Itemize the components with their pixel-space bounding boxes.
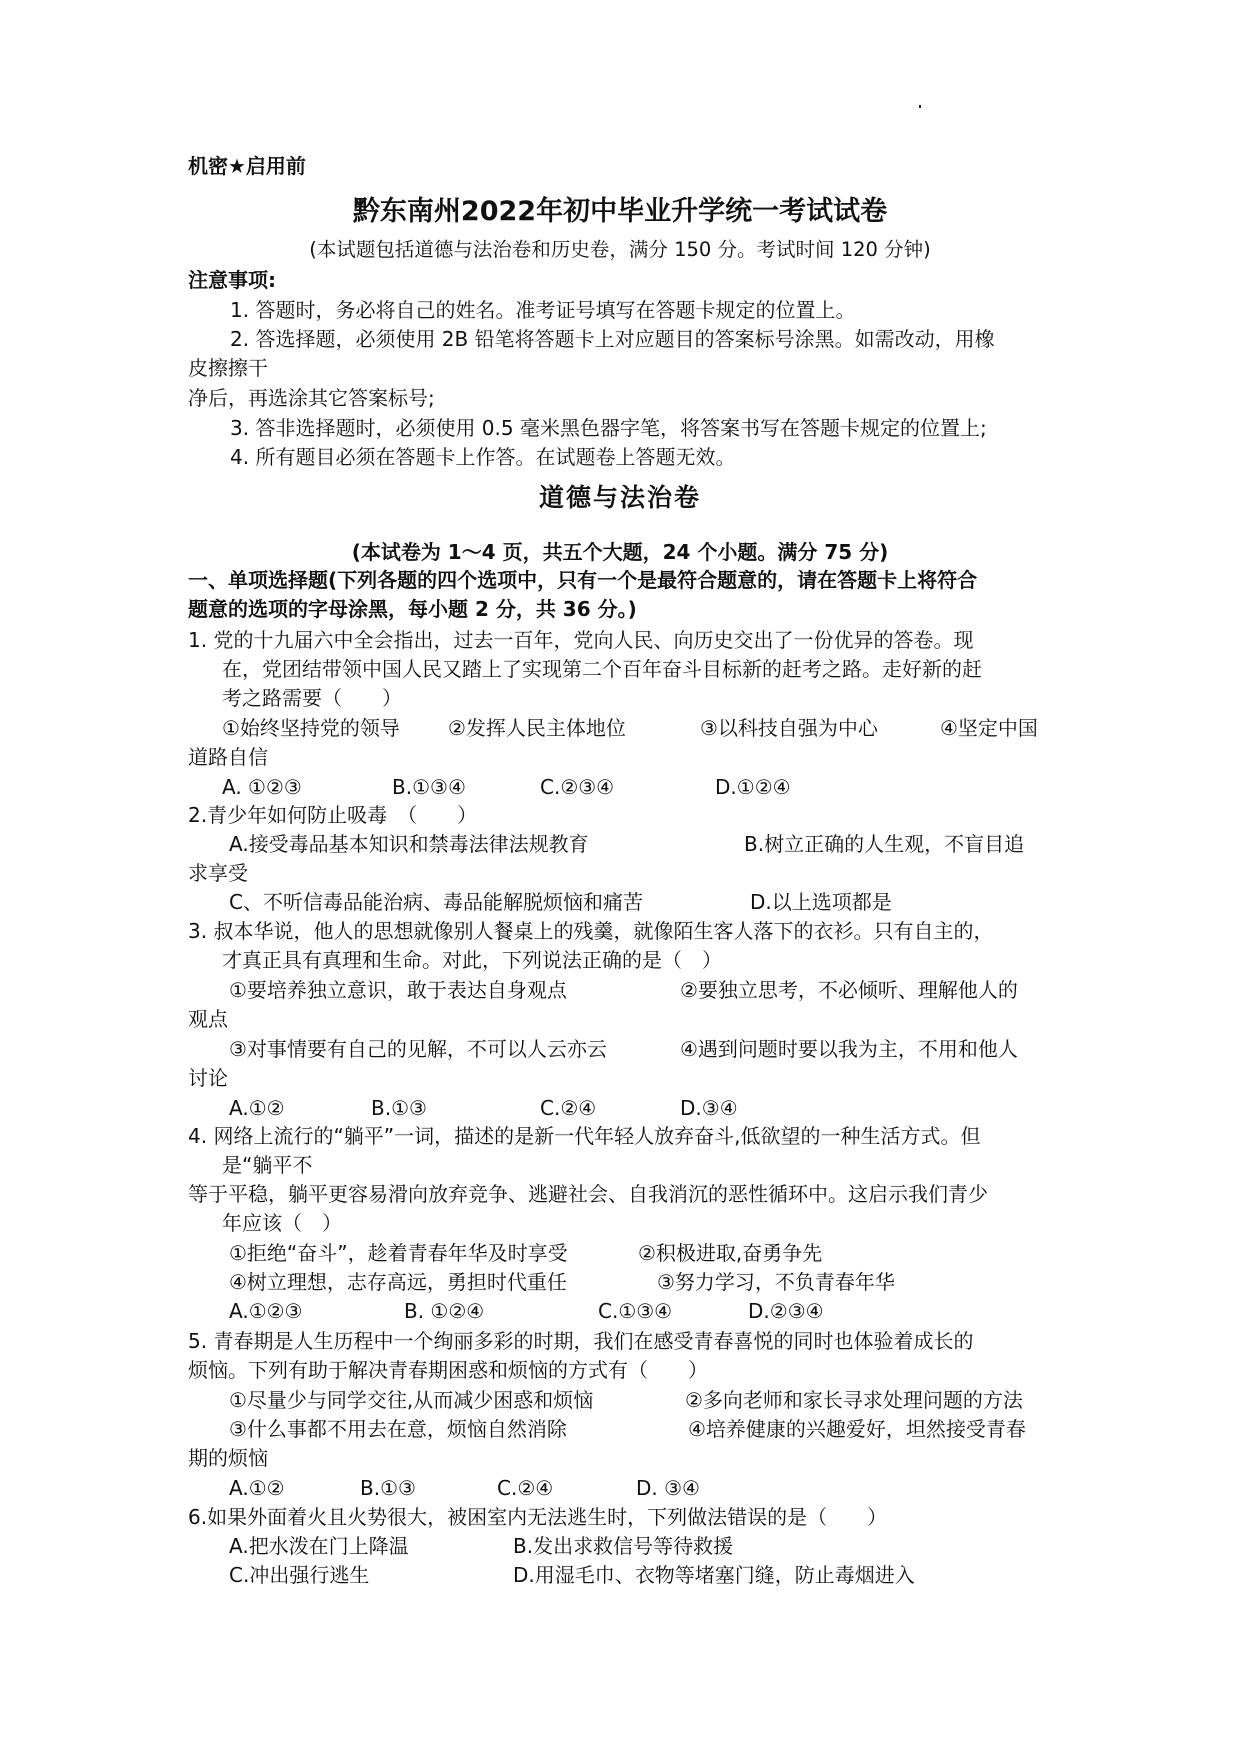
question-text: 考之路需要（ ）: [222, 684, 402, 712]
choice-d[interactable]: D. ③④: [636, 1474, 700, 1502]
choice-a[interactable]: A.接受毒品基本知识和禁毒法律法规教育: [229, 830, 589, 858]
choice-c[interactable]: C.②④: [497, 1474, 553, 1502]
note-item: 3. 答非选择题时，必须使用 0.5 毫米黑色器字笔，将答案书写在答题卡规定的位…: [230, 414, 987, 442]
statement-item: ③对事情要有自己的见解，不可以人云亦云: [229, 1035, 607, 1063]
part1-instructions: 一、单项选择题(下列各题的四个选项中，只有一个是最符合题意的，请在答题卡上将符合: [188, 566, 977, 594]
question-text: 等于平稳，躺平更容易滑向放弃竞争、逃避社会、自我消沉的恶性循环中。这启示我们青少: [188, 1180, 988, 1208]
question-text: 1. 党的十九届六中全会指出，过去一百年，党向人民、向历史交出了一份优异的答卷。…: [188, 626, 973, 654]
statement-item: ③努力学习，不负青春年华: [657, 1268, 895, 1296]
choice-a[interactable]: A.把水泼在门上降温: [229, 1532, 409, 1560]
question-text: 2.青少年如何防止吸毒 （ ）: [188, 801, 477, 829]
question-text: 在，党团结带领中国人民又踏上了实现第二个百年奋斗目标新的赶考之路。走好新的赶: [222, 655, 982, 683]
statement-item: ④坚定中国: [940, 714, 1038, 742]
statement-item: ①要培养独立意识，敢于表达自身观点: [229, 976, 567, 1004]
choice-b-continued: 求享受: [188, 859, 248, 887]
question-text: 4. 网络上流行的“躺平”一词，描述的是新一代年轻人放弃奋斗,低欲望的一种生活方…: [188, 1122, 981, 1150]
choice-b[interactable]: B.①③: [371, 1094, 427, 1122]
choice-c[interactable]: C.②③④: [540, 773, 614, 801]
statement-item: ④树立理想，志存高远，勇担时代重任: [229, 1268, 567, 1296]
section-title: 道德与法治卷: [0, 484, 1240, 512]
statement-item: ②发挥人民主体地位: [448, 714, 626, 742]
note-item: 皮擦擦干: [188, 354, 268, 382]
exam-title: 黔东南州2022年初中毕业升学统一考试试卷: [0, 194, 1240, 230]
exam-page: 机密★启用前 黔东南州2022年初中毕业升学统一考试试卷 (本试题包括道德与法治…: [0, 0, 1240, 1753]
choice-d[interactable]: D.用湿毛巾、衣物等堵塞门缝，防止毒烟进入: [513, 1561, 915, 1589]
choice-c[interactable]: C.①③④: [598, 1297, 672, 1325]
statement-item: ②积极进取,奋勇争先: [638, 1239, 822, 1267]
question-text: 烦恼。下列有助于解决青春期困惑和烦恼的方式有（ ）: [188, 1356, 708, 1384]
statement-item: ④遇到问题时要以我为主，不用和他人: [680, 1035, 1018, 1063]
choice-a[interactable]: A.①②: [229, 1094, 285, 1122]
choice-c[interactable]: C.冲出强行逃生: [229, 1561, 369, 1589]
choice-d[interactable]: D.③④: [680, 1094, 738, 1122]
choice-c[interactable]: C、不听信毒品能治病、毒品能解脱烦恼和痛苦: [229, 888, 643, 916]
choice-a[interactable]: A.①②③: [229, 1297, 302, 1325]
choice-b[interactable]: B.①③④: [392, 773, 466, 801]
statement-item: 讨论: [188, 1064, 228, 1092]
statement-item: ②多向老师和家长寻求处理问题的方法: [685, 1386, 1023, 1414]
exam-subtitle: (本试题包括道德与法治卷和历史卷，满分 150 分。考试时间 120 分钟): [0, 236, 1240, 264]
statement-item: ①拒绝“奋斗”，趁着青春年华及时享受: [229, 1239, 568, 1267]
notes-heading: 注意事项:: [188, 266, 276, 294]
statement-item: ①始终坚持党的领导: [222, 714, 400, 742]
scan-speck: [919, 105, 921, 108]
part1-instructions: 题意的选项的字母涂黑，每小题 2 分，共 36 分。): [188, 595, 637, 623]
confidential-label: 机密★启用前: [188, 152, 306, 180]
choice-d[interactable]: D.①②④: [715, 773, 791, 801]
note-item: 4. 所有题目必须在答题卡上作答。在试题卷上答题无效。: [230, 443, 735, 471]
note-item: 2. 答选择题，必须使用 2B 铅笔将答题卡上对应题目的答案标号涂黑。如需改动，…: [230, 325, 995, 353]
statement-item: 观点: [188, 1005, 228, 1033]
note-item: 净后，再选涂其它答案标号;: [188, 384, 435, 412]
question-text: 3. 叔本华说，他人的思想就像别人餐桌上的残羹，就像陌生客人落下的衣衫。只有自主…: [188, 917, 993, 945]
section-info: (本试卷为 1～4 页，共五个大题，24 个小题。满分 75 分): [0, 538, 1240, 566]
question-text: 是“躺平不: [222, 1151, 312, 1179]
statement-item: ①尽量少与同学交往,从而减少困惑和烦恼: [229, 1386, 593, 1414]
choice-a[interactable]: A.①②: [229, 1474, 285, 1502]
question-text: 才真正具有真理和生命。对此，下列说法正确的是（ ）: [222, 946, 722, 974]
statement-item: 道路自信: [188, 743, 268, 771]
choice-c[interactable]: C.②④: [540, 1094, 596, 1122]
choice-a[interactable]: A. ①②③: [222, 773, 302, 801]
statement-item: ②要独立思考，不必倾听、理解他人的: [680, 976, 1018, 1004]
choice-d[interactable]: D.以上选项都是: [750, 888, 892, 916]
question-text: 5. 青春期是人生历程中一个绚丽多彩的时期，我们在感受青春喜悦的同时也体验着成长…: [188, 1327, 973, 1355]
statement-item: ③以科技自强为中心: [700, 714, 878, 742]
question-text: 6.如果外面着火且火势很大，被困室内无法逃生时，下列做法错误的是（ ）: [188, 1503, 887, 1531]
choice-b[interactable]: B.发出求救信号等待救援: [513, 1532, 733, 1560]
statement-item: ④培养健康的兴趣爱好，坦然接受青春: [688, 1415, 1026, 1443]
choice-d[interactable]: D.②③④: [748, 1297, 824, 1325]
choice-b[interactable]: B.①③: [360, 1474, 416, 1502]
question-text: 年应该（ ）: [222, 1209, 342, 1237]
statement-item: 期的烦恼: [188, 1444, 268, 1472]
statement-item: ③什么事都不用去在意，烦恼自然消除: [229, 1415, 567, 1443]
note-item: 1. 答题时，务必将自己的姓名。准考证号填写在答题卡规定的位置上。: [230, 296, 855, 324]
choice-b[interactable]: B. ①②④: [404, 1297, 484, 1325]
choice-b[interactable]: B.树立正确的人生观，不盲目追: [744, 830, 1024, 858]
